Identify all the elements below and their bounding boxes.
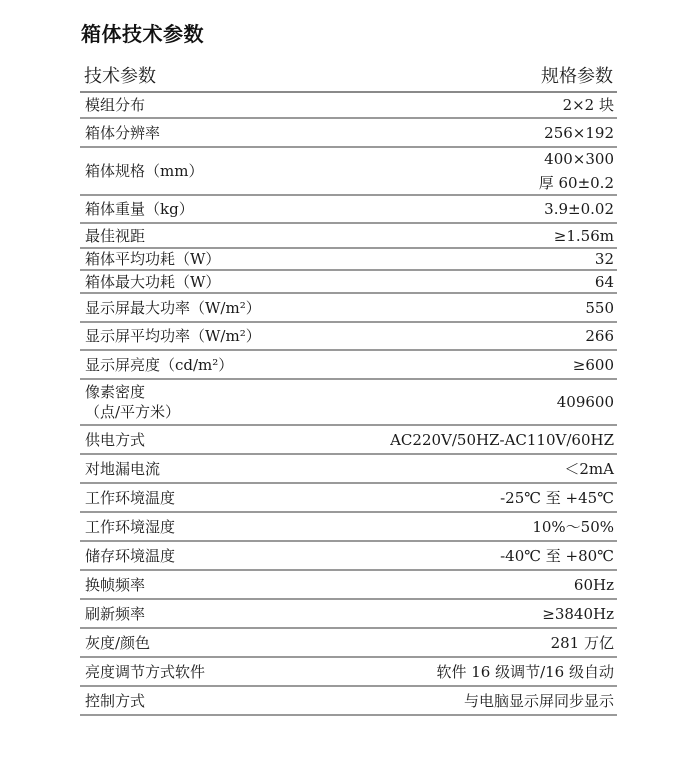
page-title: 箱体技术参数 — [81, 20, 204, 48]
row-label: 箱体最大功耗（W） — [85, 272, 220, 292]
row-label: 显示屏亮度（cd/m²） — [85, 355, 233, 375]
row-label-text: 显示屏亮度（cd/m²） — [85, 355, 233, 375]
header-param: 技术参数 — [84, 62, 156, 88]
table-row: 储存环境温度-40℃ 至 +80℃ — [80, 542, 617, 571]
row-value-text: 32 — [595, 247, 614, 271]
row-value-text: 550 — [585, 296, 614, 320]
row-label-text: 亮度调节方式软件 — [85, 662, 205, 682]
table-body: 模组分布2×2 块箱体分辨率256×192箱体规格（mm）400×300厚 60… — [80, 93, 617, 716]
row-value-text: 软件 16 级调节/16 级自动 — [436, 660, 614, 684]
row-label: 供电方式 — [85, 430, 145, 450]
row-label-text: 工作环境温度 — [85, 488, 175, 508]
row-value: ＜2mA — [564, 457, 614, 481]
row-value: 266 — [585, 324, 614, 348]
row-label: 工作环境湿度 — [85, 517, 175, 537]
table-row: 显示屏亮度（cd/m²）≥600 — [80, 351, 617, 380]
row-value-text: ＜2mA — [564, 457, 614, 481]
table-row: 模组分布2×2 块 — [80, 93, 617, 119]
row-label: 灰度/颜色 — [85, 633, 150, 653]
row-label-text: 刷新频率 — [85, 604, 145, 624]
row-value: AC220V/50HZ-AC110V/60HZ — [390, 428, 614, 452]
row-label-text: 显示屏平均功率（W/m²） — [85, 326, 261, 346]
row-value-text: 与电脑显示屏同步显示 — [464, 689, 614, 713]
row-value-text: 60Hz — [574, 573, 614, 597]
row-value-text: ≥600 — [573, 353, 614, 377]
row-value-text: 281 万亿 — [551, 631, 614, 655]
row-label-text: 箱体平均功耗（W） — [85, 249, 220, 269]
table-row: 箱体重量（kg）3.9±0.02 — [80, 196, 617, 224]
row-label: 对地漏电流 — [85, 459, 160, 479]
row-label-text: 换帧频率 — [85, 575, 145, 595]
row-label: 控制方式 — [85, 691, 145, 711]
row-value-text: 64 — [595, 270, 614, 294]
row-label: 模组分布 — [85, 95, 145, 115]
row-value-text: 256×192 — [544, 121, 614, 145]
row-label-text: 箱体重量（kg） — [85, 199, 194, 219]
row-value-text: -40℃ 至 +80℃ — [500, 544, 614, 568]
row-value: ≥3840Hz — [542, 602, 614, 626]
row-value: 与电脑显示屏同步显示 — [464, 689, 614, 713]
row-value: 409600 — [557, 390, 614, 414]
row-label-text: 工作环境湿度 — [85, 517, 175, 537]
row-value: 60Hz — [574, 573, 614, 597]
table-row: 显示屏最大功率（W/m²）550 — [80, 294, 617, 323]
row-label-text: 储存环境温度 — [85, 546, 175, 566]
row-label-text: 箱体分辨率 — [85, 123, 160, 143]
row-label-text: 对地漏电流 — [85, 459, 160, 479]
table-row: 像素密度（点/平方米）409600 — [80, 380, 617, 426]
row-label: 工作环境温度 — [85, 488, 175, 508]
row-value: 550 — [585, 296, 614, 320]
row-value: 32 — [595, 247, 614, 271]
row-label: 显示屏平均功率（W/m²） — [85, 326, 261, 346]
table-header: 技术参数 规格参数 — [80, 58, 617, 93]
row-value: 256×192 — [544, 121, 614, 145]
row-label-text: 箱体最大功耗（W） — [85, 272, 220, 292]
row-value-text-2: 厚 60±0.2 — [539, 171, 614, 195]
row-value-text: AC220V/50HZ-AC110V/60HZ — [390, 428, 614, 452]
row-label: 亮度调节方式软件 — [85, 662, 205, 682]
row-label: 刷新频率 — [85, 604, 145, 624]
header-spec: 规格参数 — [541, 62, 613, 88]
table-row: 最佳视距≥1.56m — [80, 224, 617, 249]
spec-table: 技术参数 规格参数 模组分布2×2 块箱体分辨率256×192箱体规格（mm）4… — [80, 58, 617, 716]
row-label: 箱体重量（kg） — [85, 199, 194, 219]
row-value-text: 409600 — [557, 390, 614, 414]
row-value: 400×300厚 60±0.2 — [539, 147, 614, 195]
row-value: 3.9±0.02 — [544, 197, 614, 221]
row-value: ≥600 — [573, 353, 614, 377]
table-row: 箱体分辨率256×192 — [80, 119, 617, 148]
row-label-text: 像素密度 — [85, 382, 180, 402]
row-label: 箱体规格（mm） — [85, 161, 203, 181]
row-label: 箱体平均功耗（W） — [85, 249, 220, 269]
row-value: 64 — [595, 270, 614, 294]
table-row: 箱体最大功耗（W）64 — [80, 271, 617, 294]
row-value-text: ≥1.56m — [554, 224, 614, 248]
row-label: 显示屏最大功率（W/m²） — [85, 298, 261, 318]
row-value-text: 266 — [585, 324, 614, 348]
row-value-text: 3.9±0.02 — [544, 197, 614, 221]
row-value: -25℃ 至 +45℃ — [500, 486, 614, 510]
table-row: 箱体平均功耗（W）32 — [80, 249, 617, 271]
row-value-text: 2×2 块 — [563, 93, 614, 117]
table-row: 箱体规格（mm）400×300厚 60±0.2 — [80, 148, 617, 196]
table-row: 对地漏电流＜2mA — [80, 455, 617, 484]
table-row: 显示屏平均功率（W/m²）266 — [80, 323, 617, 351]
table-row: 工作环境温度-25℃ 至 +45℃ — [80, 484, 617, 513]
row-label-text: 箱体规格（mm） — [85, 161, 203, 181]
row-value: 软件 16 级调节/16 级自动 — [436, 660, 614, 684]
row-label-text: 供电方式 — [85, 430, 145, 450]
row-label-text: 灰度/颜色 — [85, 633, 150, 653]
table-row: 刷新频率≥3840Hz — [80, 600, 617, 629]
row-value-text: -25℃ 至 +45℃ — [500, 486, 614, 510]
row-label: 储存环境温度 — [85, 546, 175, 566]
row-value-text: ≥3840Hz — [542, 602, 614, 626]
table-row: 工作环境湿度10%～50% — [80, 513, 617, 542]
row-label: 最佳视距 — [85, 226, 145, 246]
table-row: 灰度/颜色281 万亿 — [80, 629, 617, 658]
table-row: 换帧频率60Hz — [80, 571, 617, 600]
row-label-text: 控制方式 — [85, 691, 145, 711]
row-label-text: 模组分布 — [85, 95, 145, 115]
table-row: 亮度调节方式软件软件 16 级调节/16 级自动 — [80, 658, 617, 687]
row-value: -40℃ 至 +80℃ — [500, 544, 614, 568]
row-value: 281 万亿 — [551, 631, 614, 655]
row-value-text: 10%～50% — [532, 515, 614, 539]
row-label: 像素密度（点/平方米） — [85, 382, 180, 422]
row-value: ≥1.56m — [554, 224, 614, 248]
row-label-text-2: （点/平方米） — [85, 402, 180, 422]
row-value: 2×2 块 — [563, 93, 614, 117]
row-value-text: 400×300 — [539, 147, 614, 171]
table-row: 供电方式AC220V/50HZ-AC110V/60HZ — [80, 426, 617, 455]
row-label: 换帧频率 — [85, 575, 145, 595]
table-row: 控制方式与电脑显示屏同步显示 — [80, 687, 617, 716]
row-label: 箱体分辨率 — [85, 123, 160, 143]
row-value: 10%～50% — [532, 515, 614, 539]
row-label-text: 显示屏最大功率（W/m²） — [85, 298, 261, 318]
row-label-text: 最佳视距 — [85, 226, 145, 246]
